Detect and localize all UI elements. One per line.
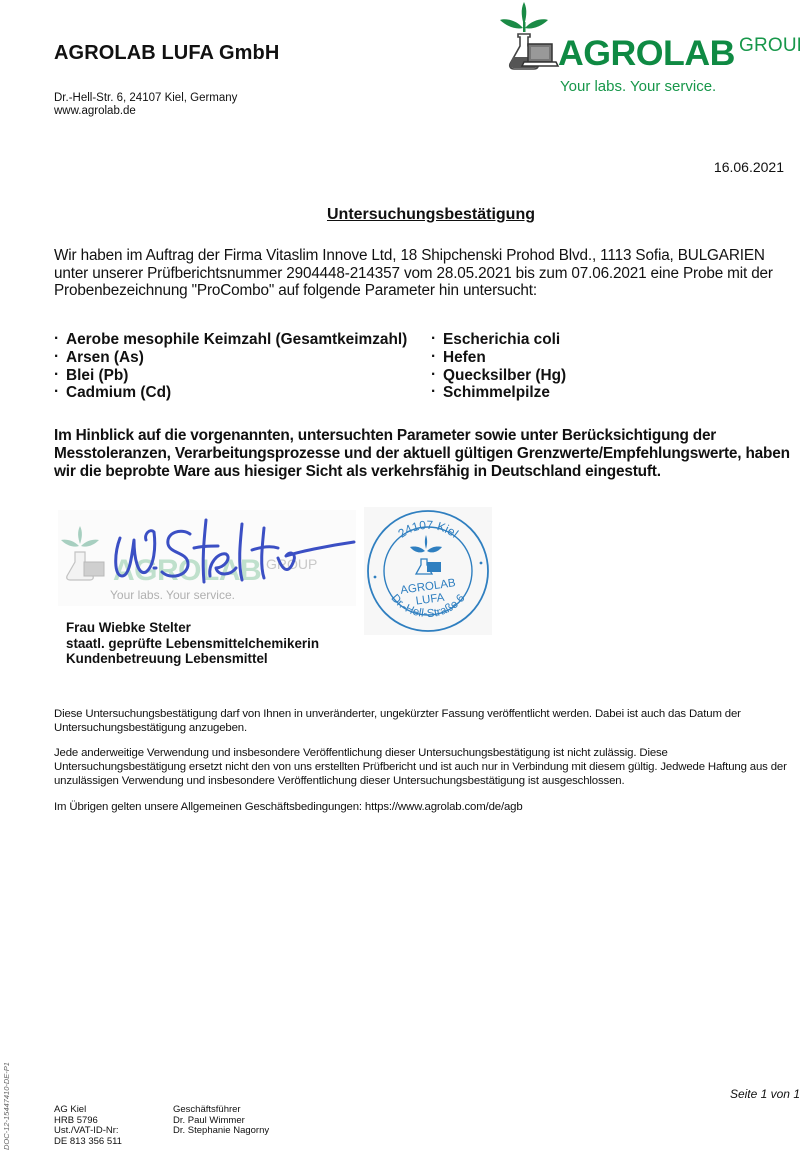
management-label: Geschäftsführer	[173, 1105, 269, 1116]
document-date: 16.06.2021	[714, 159, 784, 175]
agrolab-logo: AGROLAB GROUP Your labs. Your service.	[498, 0, 798, 100]
footer-registry: AG Kiel HRB 5796 Ust./VAT-ID-Nr: DE 813 …	[54, 1105, 122, 1147]
parameters-column-1: Aerobe mesophile Keimzahl (Gesamtkeimzah…	[54, 331, 407, 402]
website-link[interactable]: www.agrolab.de	[54, 105, 237, 118]
handwritten-signature	[58, 510, 356, 606]
address-line: Dr.-Hell-Str. 6, 24107 Kiel, Germany	[54, 92, 237, 105]
signature-block: AGROLAB GROUP Your labs. Your service.	[58, 510, 356, 606]
logo-tagline: Your labs. Your service.	[560, 78, 716, 95]
document-id: DOC-12-15447410-DE-P1	[2, 1062, 11, 1150]
vat-label: Ust./VAT-ID-Nr:	[54, 1126, 122, 1137]
signer-title: staatl. geprüfte Lebensmittelchemikerin	[66, 636, 319, 652]
intro-paragraph: Wir haben im Auftrag der Firma Vitaslim …	[54, 247, 794, 300]
stamp-top-text: 24107 Kiel	[395, 518, 461, 541]
vat-number: DE 813 356 511	[54, 1137, 122, 1148]
company-stamp: 24107 Kiel Dr.-Hell-Straße 6 AGROLAB LUF…	[364, 507, 492, 635]
parameter-item: Schimmelpilze	[431, 384, 566, 402]
registry-court: AG Kiel	[54, 1105, 122, 1116]
plant-flask-laptop-icon	[498, 0, 560, 72]
stamp-seal-icon: 24107 Kiel Dr.-Hell-Straße 6 AGROLAB LUF…	[364, 507, 492, 635]
company-name: AGROLAB LUFA GmbH	[54, 42, 279, 65]
note-restriction: Jede anderweitige Verwendung und insbeso…	[54, 747, 799, 788]
note-terms: Im Übrigen gelten unsere Allgemeinen Ges…	[54, 801, 799, 815]
logo-wordmark: AGROLAB	[558, 34, 735, 74]
managing-director-2: Dr. Stephanie Nagorny	[173, 1126, 269, 1137]
parameter-item: Arsen (As)	[54, 349, 407, 367]
document-title: Untersuchungsbestätigung	[0, 206, 800, 224]
company-address: Dr.-Hell-Str. 6, 24107 Kiel, Germany www…	[54, 92, 237, 118]
logo-group-text: GROUP	[739, 35, 800, 57]
footer-management: Geschäftsführer Dr. Paul Wimmer Dr. Step…	[173, 1105, 269, 1137]
signer-department: Kundenbetreuung Lebensmittel	[66, 651, 319, 667]
parameter-item: Escherichia coli	[431, 331, 566, 349]
note-publication: Diese Untersuchungsbestätigung darf von …	[54, 708, 799, 735]
parameter-item: Blei (Pb)	[54, 367, 407, 385]
parameter-item: Aerobe mesophile Keimzahl (Gesamtkeimzah…	[54, 331, 407, 349]
parameter-item: Cadmium (Cd)	[54, 384, 407, 402]
parameter-item: Quecksilber (Hg)	[431, 367, 566, 385]
parameter-item: Hefen	[431, 349, 566, 367]
signer-name: Frau Wiebke Stelter	[66, 620, 319, 636]
parameters-column-2: Escherichia coli Hefen Quecksilber (Hg) …	[431, 331, 566, 402]
signer-info: Frau Wiebke Stelter staatl. geprüfte Leb…	[66, 620, 319, 667]
legal-notes: Diese Untersuchungsbestätigung darf von …	[54, 708, 799, 826]
page-number: Seite 1 von 1	[730, 1087, 800, 1101]
conclusion-paragraph: Im Hinblick auf die vorgenannten, unters…	[54, 427, 799, 481]
